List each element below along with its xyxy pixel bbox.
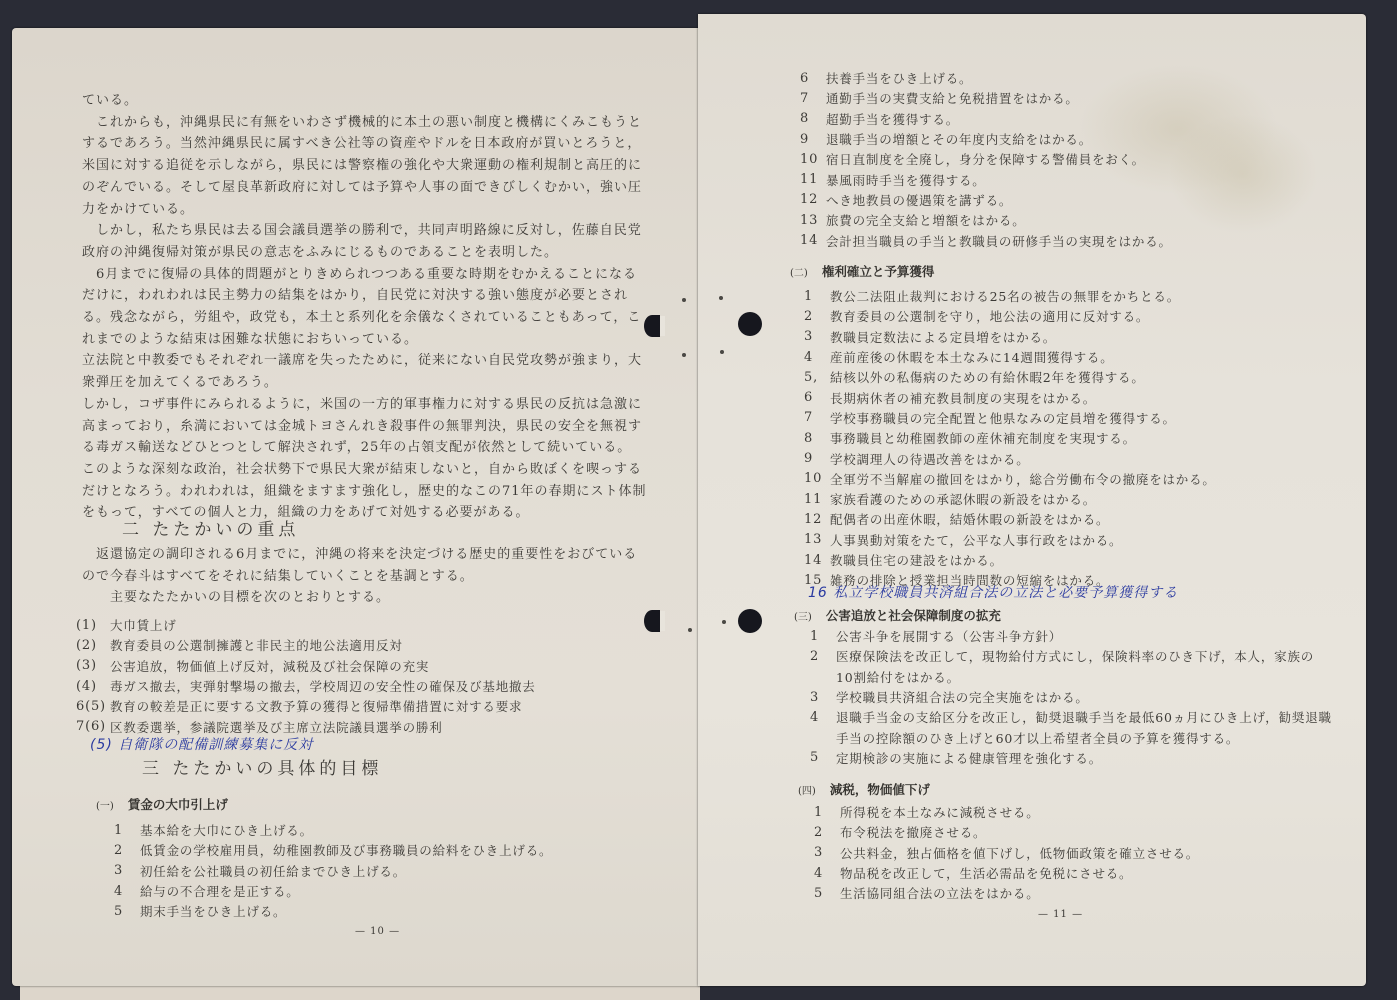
item-text: 大巾賃上げ (110, 616, 177, 634)
list-item: 3公共料金，独占価格を値下げし，低物価政策を確立させる。 (814, 843, 1199, 863)
text-line: ている。 (82, 90, 647, 112)
item-text: 退職手当金の支給区分を改正し，勧奨退職手当を最低60ヵ月にひき上げ，勧奨退職 (836, 708, 1332, 726)
list-item: 6扶養手当をひき上げる。 (800, 68, 1172, 88)
item-number: 5 (810, 750, 836, 765)
list-item: 12へき地教員の優遇策を講ずる。 (800, 190, 1172, 210)
list-item: 13旅費の完全支給と増額をはかる。 (800, 210, 1172, 230)
item-text: 人事異動対策をたて，公平な人事行政をはかる。 (830, 531, 1122, 549)
list-item: 6長期病休者の補充教員制度の実現をはかる。 (804, 387, 1216, 407)
item-text: 結核以外の私傷病のための有給休暇2年を獲得する。 (830, 368, 1145, 386)
item-text: 通勤手当の実費支給と免税措置をはかる。 (826, 89, 1079, 107)
subsection-heading: (一)賃金の大巾引上げ (96, 795, 228, 813)
item-number: 13 (804, 532, 830, 547)
item-number: 1 (810, 629, 836, 644)
item-text: 事務職員と幼稚園教師の産休補充制度を実現する。 (830, 429, 1136, 447)
text-line: 米国に対する追従を示しながら，県民には警察権の強化や大衆運動の権利規制と高圧的に (82, 155, 647, 177)
item-text: 学校調理人の待遇改善をはかる。 (830, 450, 1030, 468)
item-number: 3 (814, 845, 840, 860)
item-text: 公害追放，物価値上げ反対，減税及び社会保障の充実 (110, 657, 429, 675)
list-item: 9学校調理人の待遇改善をはかる。 (804, 448, 1216, 468)
list-item: 5生活協同組合法の立法をはかる。 (814, 883, 1199, 903)
item-text: 教職員住宅の建設をはかる。 (830, 551, 1003, 569)
text-line: 高まっており，糸満においては金城トヨさんれき殺事件の無罪判決，県民の安全を無視す (82, 416, 647, 438)
item-text: 家族看護のための承認休暇の新設をはかる。 (830, 490, 1096, 508)
item-number: (1) (76, 618, 110, 633)
item-text: 暴風雨時手当を獲得する。 (826, 171, 986, 189)
list-item: 11暴風雨時手当を獲得する。 (800, 169, 1172, 189)
item-number: 1 (114, 823, 140, 838)
item-number: 14 (804, 553, 830, 568)
item-number: 4 (810, 710, 836, 725)
text-line: これからも，沖縄県民に有無をいわさず機械的に本土の悪い制度と機構にくみこもうと (82, 112, 647, 134)
text-line: このような深刻な政治，社会状勢下で県民大衆が結束しないと，自から敗ぼくを喫っする (82, 459, 647, 481)
item-text: 給与の不合理を是正する。 (140, 882, 300, 900)
item-number: 3 (804, 329, 830, 344)
handwritten-annotation: 16 私立学校職員共済組合法の立法と必要予算獲得する (808, 582, 1178, 602)
item-text: 産前産後の休暇を本土なみに14週間獲得する。 (830, 348, 1114, 366)
section-2-intro: 返還協定の調印される6月までに，沖縄の将来を決定づける歴史的重要性をおびているの… (82, 544, 637, 609)
item-number: 1 (804, 289, 830, 304)
text-line: 主要なたたかいの目標を次のとおりとする。 (82, 587, 637, 609)
list-item: 1基本給を大巾にひき上げる。 (114, 820, 552, 840)
item-number: 6 (804, 390, 830, 405)
item-text: 学校事務職員の完全配置と他県なみの定員増を獲得する。 (830, 409, 1176, 427)
item-number: 5, (804, 370, 830, 385)
staple-hole (719, 296, 723, 300)
item-number: (4) (76, 679, 110, 694)
staple-hole (682, 298, 686, 302)
binding-hole (738, 609, 762, 633)
list-item: 1公害斗争を展開する（公害斗争方針） (810, 626, 1332, 646)
item-number: 8 (804, 431, 830, 446)
right-page: 6扶養手当をひき上げる。7通勤手当の実費支給と免税措置をはかる。8超勤手当を獲得… (698, 14, 1366, 986)
item-number: 10 (800, 152, 826, 167)
item-number: 7 (804, 410, 830, 425)
list-item: (4)毒ガス撤去，実弾射撃場の撤去，学校周辺の安全性の確保及び基地撤去 (76, 676, 536, 696)
text-line: 力をかけている。 (82, 199, 647, 221)
item-text: 配偶者の出産休暇，結婚休暇の新設をはかる。 (830, 510, 1109, 528)
item-text: 定期検診の実施による健康管理を強化する。 (836, 749, 1102, 767)
item-text: 期末手当をひき上げる。 (140, 902, 286, 920)
item-text: 教育委員の公選制擁護と非民主的地公法適用反対 (110, 636, 403, 654)
list-item: 11家族看護のための承認休暇の新設をはかる。 (804, 489, 1216, 509)
item-number: 1 (814, 805, 840, 820)
list-item: 1教公二法阻止裁判における25名の被告の無罪をかちとる。 (804, 286, 1216, 306)
list-item: 2布令税法を撤廃させる。 (814, 822, 1199, 842)
list-item: 13人事異動対策をたて，公平な人事行政をはかる。 (804, 530, 1216, 550)
item-number: 11 (804, 492, 830, 507)
item-number: 4 (114, 884, 140, 899)
list-item: 4退職手当金の支給区分を改正し，勧奨退職手当を最低60ヵ月にひき上げ，勧奨退職 (810, 707, 1332, 727)
item-text: 医療保険法を改正して，現物給付方式にし，保険料率のひき下げ，本人，家族の (836, 647, 1314, 665)
item-text: 公害斗争を展開する（公害斗争方針） (836, 627, 1062, 645)
item-number: 2 (114, 843, 140, 858)
section-heading-2: 二 たたかいの重点 (122, 515, 299, 540)
wage-items-list: 1基本給を大巾にひき上げる。2低賃金の学校雇用員，幼稚園教師及び事務職員の給料を… (114, 820, 552, 921)
text-line: しかし，私たち県民は去る国会議員選挙の勝利で，共同声明路線に反対し，佐藤自民党 (82, 220, 647, 242)
item-number: 8 (800, 111, 826, 126)
item-number: 13 (800, 213, 826, 228)
item-text: 毒ガス撤去，実弾射撃場の撤去，学校周辺の安全性の確保及び基地撤去 (110, 677, 536, 695)
subsection-heading: (四)減税，物価値下げ (798, 780, 930, 798)
item-text: 教公二法阻止裁判における25名の被告の無罪をかちとる。 (830, 287, 1180, 305)
text-line: る。残念ながら，労組や，政党も，本土と系列化を余儀なくされていることもあって，こ (82, 307, 647, 329)
item-number: 4 (804, 350, 830, 365)
text-line: 政府の沖縄復帰対策が県民の意志をふみにじるものであることを表明した。 (82, 242, 647, 264)
list-item: 2教育委員の公選制を守り，地公法の適用に反対する。 (804, 306, 1216, 326)
item-number: 3 (810, 690, 836, 705)
item-text: 会計担当職員の手当と教職員の研修手当の実現をはかる。 (826, 232, 1172, 250)
list-item: 10全軍労不当解雇の撤回をはかり，総合労働布令の撤廃をはかる。 (804, 469, 1216, 489)
item-text: 基本給を大巾にひき上げる。 (140, 821, 313, 839)
item-text: 教育委員の公選制を守り，地公法の適用に反対する。 (830, 307, 1149, 325)
text-line: 立法院と中教委でもそれぞれ一議席を失ったために，従来にない自民党攻勢が強まり，大 (82, 350, 647, 372)
list-item: 12配偶者の出産休暇，結婚休暇の新設をはかる。 (804, 509, 1216, 529)
binding-hole (738, 312, 762, 336)
water-stain (1168, 114, 1318, 234)
staple-hole (722, 620, 726, 624)
list-item: 2医療保険法を改正して，現物給付方式にし，保険料率のひき下げ，本人，家族の (810, 646, 1332, 666)
list-item: 3初任給を公社職員の初任給までひき上げる。 (114, 861, 552, 881)
page-number: — 11 — (1038, 909, 1083, 920)
list-item: 7通勤手当の実費支給と免税措置をはかる。 (800, 88, 1172, 108)
list-item: 手当の控除額のひき上げと60才以上希望者全員の予算を獲得する。 (810, 727, 1332, 747)
item-text: 布令税法を撤廃させる。 (840, 823, 986, 841)
text-line: 6月までに復帰の具体的問題がとりきめられつつある重要な時期をむかえることになる (82, 264, 647, 286)
list-item: (2)教育委員の公選制擁護と非民主的地公法適用反対 (76, 635, 536, 655)
list-item: 8事務職員と幼稚園教師の産休補充制度を実現する。 (804, 428, 1216, 448)
text-line: れまでのような結束は困難な状態におちいっている。 (82, 329, 647, 351)
list-item: 5期末手当をひき上げる。 (114, 901, 552, 921)
pollution-welfare-items-list: 1公害斗争を展開する（公害斗争方針）2医療保険法を改正して，現物給付方式にし，保… (810, 626, 1332, 768)
item-text: へき地教員の優遇策を講ずる。 (826, 191, 1012, 209)
item-number: (3) (76, 658, 110, 673)
item-number: 7(6) (76, 719, 110, 734)
section-heading-3: 三 たたかいの具体的目標 (142, 754, 382, 779)
list-item: 2低賃金の学校雇用員，幼稚園教師及び事務職員の給料をひき上げる。 (114, 840, 552, 860)
item-text: 長期病休者の補充教員制度の実現をはかる。 (830, 389, 1096, 407)
list-item: 3教職員定数法による定員増をはかる。 (804, 327, 1216, 347)
goals-list: (1)大巾賃上げ(2)教育委員の公選制擁護と非民主的地公法適用反対(3)公害追放… (76, 615, 536, 737)
item-number: (2) (76, 638, 110, 653)
staple-hole (682, 353, 686, 357)
list-item: 5定期検診の実施による健康管理を強化する。 (810, 748, 1332, 768)
item-text: 宿日直制度を全廃し，身分を保障する警備員をおく。 (826, 150, 1145, 168)
item-number: 9 (804, 451, 830, 466)
list-item: 3学校職員共済組合法の完全実施をはかる。 (810, 687, 1332, 707)
item-text: 超勤手当を獲得する。 (826, 110, 959, 128)
text-line: のぞんでいる。そして屋良革新政府に対しては予算や人事の面できびしくむかい，強い圧 (82, 177, 647, 199)
text-line: だけに，われわれは民主勢力の結集をはかり，自民党に対決する強い態度が必要とされ (82, 285, 647, 307)
rights-items-list: 1教公二法阻止裁判における25名の被告の無罪をかちとる。2教育委員の公選制を守り… (804, 286, 1216, 590)
item-number: 6 (800, 71, 826, 86)
item-text: 区教委選挙，参議院選挙及び主席立法院議員選挙の勝利 (110, 718, 443, 736)
list-item: 1所得税を本土なみに減税させる。 (814, 802, 1199, 822)
text-line: するであろう。当然沖縄県民に属すべき公社等の資産やドルを日本政府が買いとろうと， (82, 133, 647, 155)
item-text: 低賃金の学校雇用員，幼稚園教師及び事務職員の給料をひき上げる。 (140, 841, 552, 859)
item-number: 3 (114, 863, 140, 878)
item-number: 2 (814, 825, 840, 840)
item-number: 6(5) (76, 699, 110, 714)
text-line: 衆弾圧を加えてくるであろう。 (82, 372, 647, 394)
list-item: 4物品税を改正して，生活必需品を免税にさせる。 (814, 863, 1199, 883)
list-item: 10割給付をはかる。 (810, 667, 1332, 687)
item-text: 10割給付をはかる。 (836, 668, 960, 686)
item-number: 5 (114, 904, 140, 919)
item-text: 旅費の完全支給と増額をはかる。 (826, 211, 1026, 229)
list-item: 7学校事務職員の完全配置と他県なみの定員増を獲得する。 (804, 408, 1216, 428)
list-item: 14教職員住宅の建設をはかる。 (804, 550, 1216, 570)
item-text: 学校職員共済組合法の完全実施をはかる。 (836, 688, 1089, 706)
tax-price-items-list: 1所得税を本土なみに減税させる。2布令税法を撤廃させる。3公共料金，独占価格を値… (814, 802, 1199, 903)
list-item: 10宿日直制度を全廃し，身分を保障する警備員をおく。 (800, 149, 1172, 169)
left-page: ている。 これからも，沖縄県民に有無をいわさず機械的に本土の悪い制度と機構にくみ… (12, 28, 702, 986)
item-number: 4 (814, 866, 840, 881)
item-text: 生活協同組合法の立法をはかる。 (840, 884, 1040, 902)
text-line: しかし，コザ事件にみられるように，米国の一方的軍事権力に対する県民の反抗は急激に (82, 394, 647, 416)
subsection-heading: (三)公害追放と社会保障制度の拡充 (794, 606, 1001, 624)
text-line: ので今春斗はすべてをそれに結集していくことを基調とする。 (82, 566, 637, 588)
item-text: 物品税を改正して，生活必需品を免税にさせる。 (840, 864, 1132, 882)
item-number: 2 (810, 649, 836, 664)
item-number: 11 (800, 172, 826, 187)
item-number: 2 (804, 309, 830, 324)
list-item: 5,結核以外の私傷病のための有給休暇2年を獲得する。 (804, 367, 1216, 387)
staple-hole (720, 350, 724, 354)
item-number: 12 (804, 512, 830, 527)
handwritten-annotation: (5) 自衛隊の配備訓練募集に反対 (90, 734, 313, 754)
item-text: 公共料金，独占価格を値下げし，低物価政策を確立させる。 (840, 844, 1199, 862)
text-line: る毒ガス輸送などひとつとして解決されず，25年の占領支配が依然として続いている。 (82, 437, 647, 459)
item-text: 教職員定数法による定員増をはかる。 (830, 328, 1056, 346)
item-text: 教育の較差是正に要する文教予算の獲得と復帰準備措置に対する要求 (110, 697, 522, 715)
wage-items-continued: 6扶養手当をひき上げる。7通勤手当の実費支給と免税措置をはかる。8超勤手当を獲得… (800, 68, 1172, 251)
subsection-heading: (二)権利確立と予算獲得 (790, 262, 934, 280)
item-number: 10 (804, 471, 830, 486)
list-item: 14会計担当職員の手当と教職員の研修手当の実現をはかる。 (800, 230, 1172, 250)
item-text: 所得税を本土なみに減税させる。 (840, 803, 1040, 821)
item-number: 14 (800, 233, 826, 248)
text-line: 返還協定の調印される6月までに，沖縄の将来を決定づける歴史的重要性をおびている (82, 544, 637, 566)
list-item: 4産前産後の休暇を本土なみに14週間獲得する。 (804, 347, 1216, 367)
item-text: 初任給を公社職員の初任給までひき上げる。 (140, 862, 406, 880)
item-number: 9 (800, 132, 826, 147)
binding-hole (644, 610, 660, 632)
list-item: 4給与の不合理を是正する。 (114, 881, 552, 901)
item-number: 5 (814, 886, 840, 901)
body-text: ている。 これからも，沖縄県民に有無をいわさず機械的に本土の悪い制度と機構にくみ… (82, 90, 647, 524)
item-text: 退職手当の増額とその年度内支給をはかる。 (826, 130, 1092, 148)
page-number: — 10 — (355, 926, 400, 937)
list-item: 9退職手当の増額とその年度内支給をはかる。 (800, 129, 1172, 149)
item-text: 全軍労不当解雇の撤回をはかり，総合労働布令の撤廃をはかる。 (830, 470, 1216, 488)
item-number: 12 (800, 192, 826, 207)
item-text: 手当の控除額のひき上げと60才以上希望者全員の予算を獲得する。 (836, 729, 1239, 747)
item-number: 7 (800, 91, 826, 106)
list-item: (1)大巾賃上げ (76, 615, 536, 635)
list-item: (3)公害追放，物価値上げ反対，減税及び社会保障の充実 (76, 656, 536, 676)
staple-hole (688, 628, 692, 632)
item-text: 扶養手当をひき上げる。 (826, 69, 972, 87)
text-line: だけとなろう。われわれは，組織をますます強化し，歴史的なこの71年の春期にスト体… (82, 481, 647, 503)
list-item: 8超勤手当を獲得する。 (800, 109, 1172, 129)
list-item: 6(5)教育の較差是正に要する文教予算の獲得と復帰準備措置に対する要求 (76, 696, 536, 716)
